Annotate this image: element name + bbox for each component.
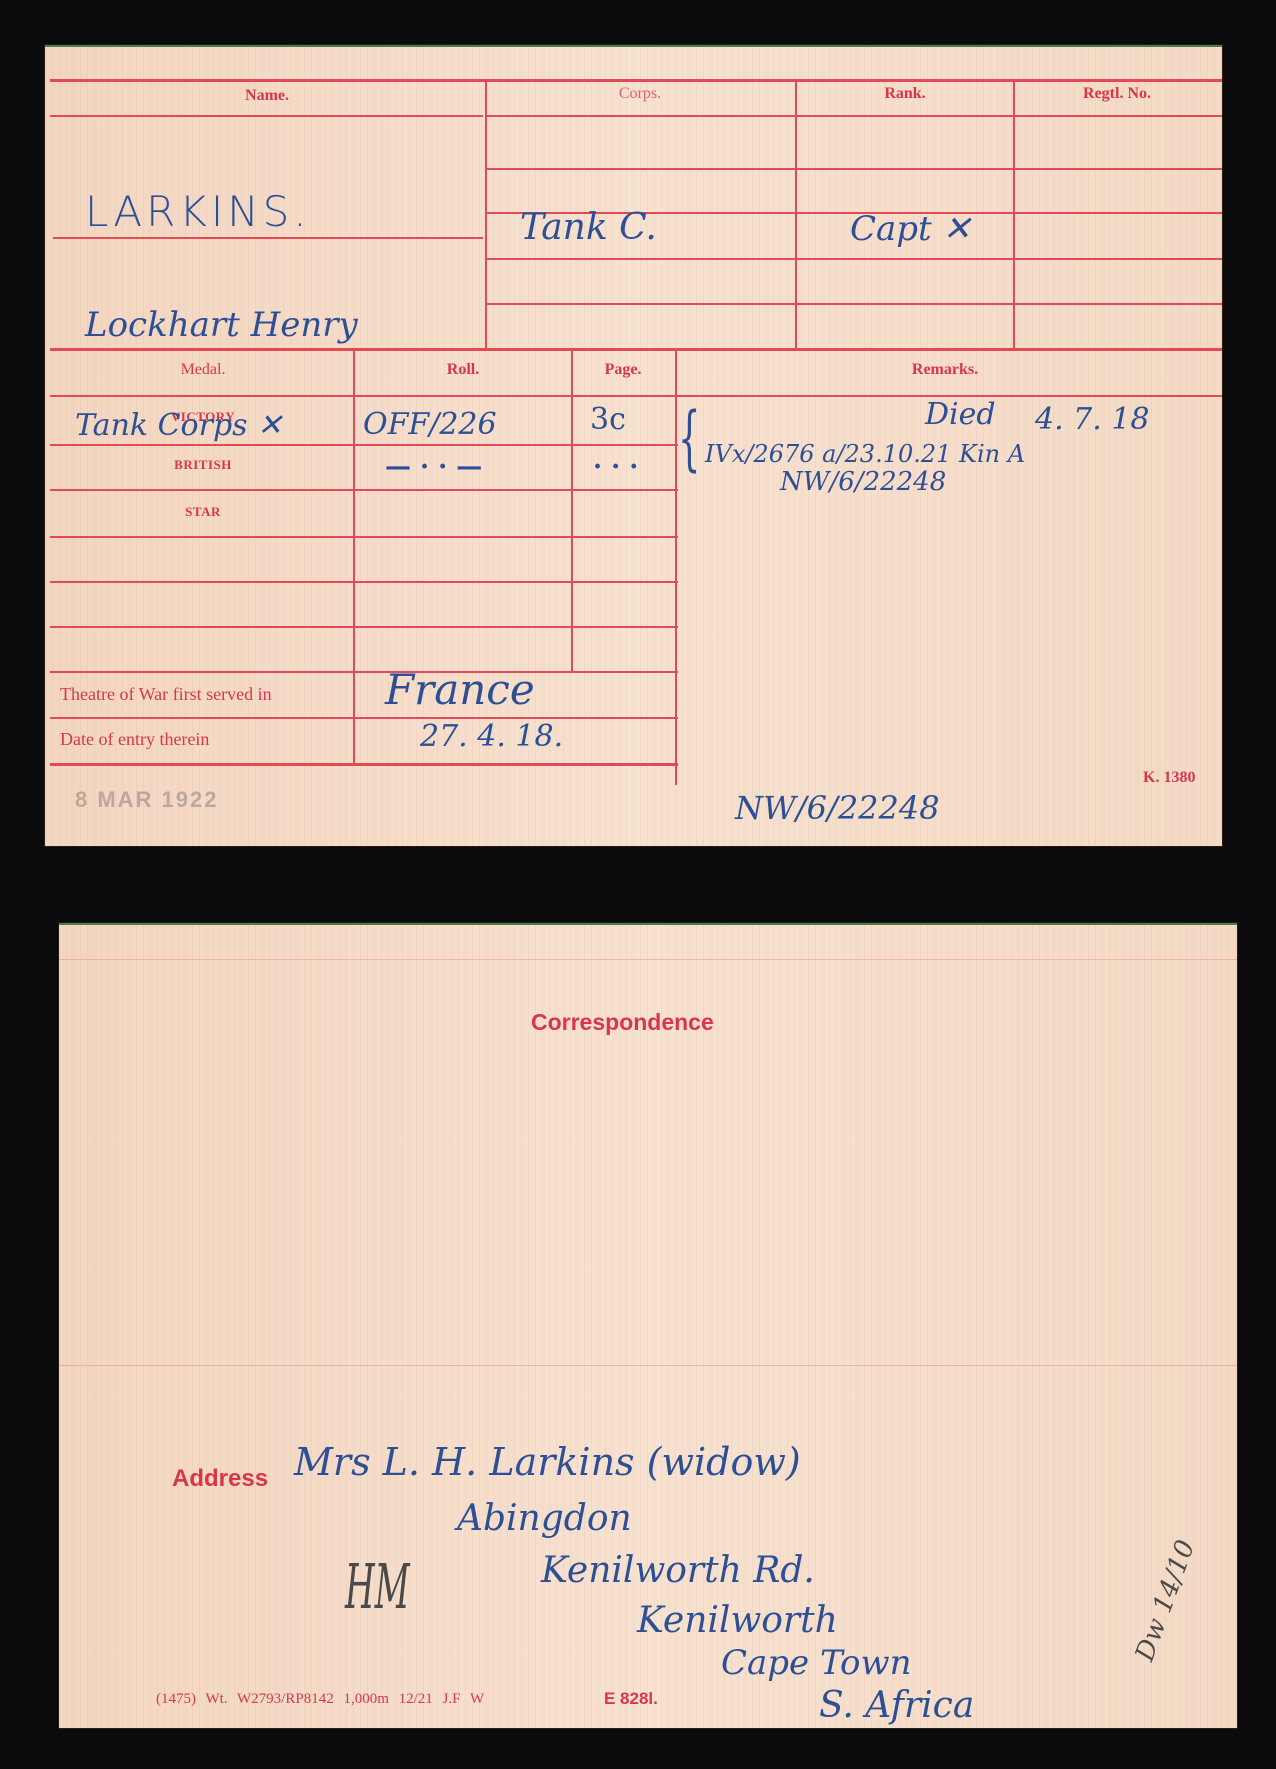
theatre-label: Theatre of War first served in <box>60 684 272 705</box>
remarks-died-date: 4. 7. 18 <box>1035 402 1150 437</box>
medal-victory-page: 3c <box>590 402 626 437</box>
rule-row-3 <box>50 536 678 538</box>
rule-name-header-bottom <box>50 115 483 117</box>
rule-medal-roll <box>353 349 355 764</box>
rule-row-4 <box>50 581 678 583</box>
date-of-entry-value: 27. 4. 18. <box>420 719 563 754</box>
address-line-6: S. Africa <box>819 1685 974 1726</box>
margin-note: Dw 14/10 <box>1130 1536 1201 1665</box>
surname-value: LARKINS. <box>85 187 311 236</box>
header-regtl-no: Regtl. No. <box>1083 85 1151 103</box>
date-of-entry-label: Date of entry therein <box>60 729 209 750</box>
header-page: Page. <box>605 361 642 379</box>
address-line-4: Kenilworth <box>637 1600 838 1641</box>
address-line-3: Kenilworth Rd. <box>541 1550 815 1591</box>
rule-name-corps <box>485 81 487 349</box>
rule-table-bottom <box>50 763 678 766</box>
rule-corps-3 <box>487 258 1222 260</box>
rule-faint-middle <box>59 1365 1237 1366</box>
header-corps: Corps. <box>619 85 661 103</box>
address-line-1: Mrs L. H. Larkins (widow) <box>294 1440 801 1484</box>
header-medal: Medal. <box>181 361 226 379</box>
pencil-initials: HM <box>345 1550 410 1623</box>
rule-corps-rank <box>795 81 797 349</box>
medal-index-card-back: Correspondence Address Mrs L. H. Larkins… <box>59 923 1237 1728</box>
rule-row-6 <box>50 671 678 673</box>
corps-value: Tank C. <box>520 207 657 248</box>
rank-value: Capt ✕ <box>850 209 971 249</box>
medal-british-page: · · · <box>593 452 638 482</box>
medal-victory-roll: OFF/226 <box>363 407 497 442</box>
printer-line: (1475) Wt. W2793/RP8142 1,000m 12/21 J.F… <box>156 1691 484 1708</box>
rule-faint-top <box>59 959 1237 960</box>
medal-victory-written: Tank Corps ✕ <box>75 408 282 443</box>
form-code-back: E 828l. <box>604 1689 658 1709</box>
medal-label-british: BRITISH <box>174 457 232 473</box>
header-roll: Roll. <box>447 361 479 379</box>
date-stamp: 8 MAR 1922 <box>75 787 219 813</box>
address-label: Address <box>172 1465 268 1493</box>
rule-corps-4 <box>487 303 1222 305</box>
correspondence-title: Correspondence <box>531 1009 714 1036</box>
rule-header-top <box>50 79 1222 82</box>
header-name: Name. <box>245 87 289 105</box>
forenames-value: Lockhart Henry <box>85 305 358 345</box>
reference-number: NW/6/22248 <box>735 789 940 827</box>
header-rank: Rank. <box>884 85 925 103</box>
remarks-brace: { <box>678 397 700 479</box>
rule-row-2 <box>50 489 678 491</box>
medal-label-star: STAR <box>185 504 221 520</box>
rule-medal-header-top <box>50 348 1222 351</box>
rule-theatre-date <box>50 717 678 719</box>
remarks-line2: IVx/2676 a/23.10.21 Kin A <box>705 440 1025 468</box>
theatre-value: France <box>385 665 535 714</box>
rule-medal-header-bottom <box>50 395 1222 397</box>
rule-row-5 <box>50 626 678 628</box>
medal-index-card-front: Name. Corps. Rank. Regtl. No. Medal. Rol… <box>45 45 1222 846</box>
form-code-front: K. 1380 <box>1143 769 1195 787</box>
rule-roll-page <box>571 349 573 671</box>
medal-british-roll: — · · — <box>385 452 482 482</box>
remarks-died: Died <box>925 397 996 432</box>
remarks-line3: NW/6/22248 <box>780 467 946 497</box>
rule-corps-1 <box>487 168 1222 170</box>
address-line-2: Abingdon <box>457 1498 632 1539</box>
rule-page-remarks <box>675 349 677 785</box>
header-remarks: Remarks. <box>912 361 978 379</box>
rule-row-1 <box>50 444 678 446</box>
rule-rank-regtl <box>1013 81 1015 349</box>
rule-surname <box>53 237 483 239</box>
address-line-5: Cape Town <box>721 1643 912 1683</box>
rule-corps-header-bottom <box>487 115 1222 117</box>
